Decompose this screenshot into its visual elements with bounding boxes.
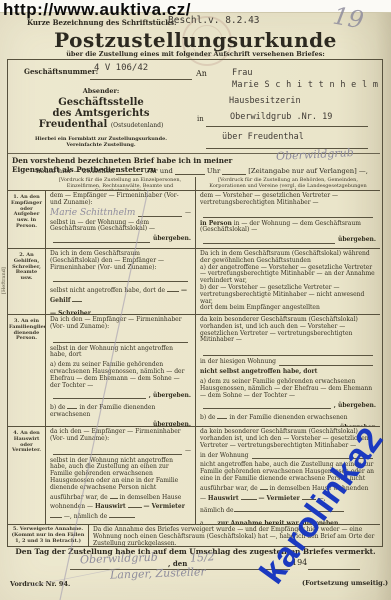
file-number-underline [90,78,192,80]
row2-label: 2. An Gehilfen, Schreiber, Beamte usw. [8,249,45,314]
row3-b4: a) dem zu seiner Familie gehörenden erwa… [200,379,376,399]
row1-uebergeben: übergeben. [50,236,191,243]
blank-line [241,493,257,500]
row2-b4: dort dem beim Empfänger angestellten [200,304,320,311]
blank-line [53,275,188,282]
sender-region: (Ostsudetenland) [111,122,163,129]
blank-line [67,402,77,409]
handwritten-place: Oberwildgrub [80,551,158,567]
column-headers: [Vordruck für die Zustellung an Einzelpe… [8,177,380,190]
row1-left-cell: dem — Empfänger — Firmeninhaber (Vor- un… [45,191,195,248]
intro-line2-c: Uhr [207,167,220,175]
row5-text: Da die Annahme des Briefes verweigert wu… [88,525,380,546]
row3-a1: Da ich den — Empfänger — Firmeninhaber (… [50,316,182,330]
blank-row [50,334,191,343]
blank-line [72,295,82,302]
row2-b2: a) der angetroffene — Vorsteher — gesetz… [200,265,376,285]
row3-a4-line: , übergeben. [50,392,191,399]
row4-b4: nämlich de [200,507,234,514]
intro-line2: heute hier — zwischen Uhr und Uhr [Zeita… [36,167,376,175]
blank-line [203,425,337,426]
row1-uebergeben-right: übergeben. [200,237,376,244]
recipient-salutation: Frau [232,68,252,78]
row3-a2: selbst in der Wohnung nicht angetroffen … [50,346,191,360]
row4-b3c: Hauswirt [208,495,239,502]
form-number: Vordruck Nr. 94. [10,580,70,588]
recipient-street: Oberwildgrub .Nr. 19 [230,112,332,122]
row1-b3: übergeben. [338,237,376,244]
row4-b5a: a [200,520,204,524]
recipient-name: Marie S c h i t t n h e l m [232,80,378,90]
row3-a6: übergeben. [153,422,191,426]
row1-label: 1. An den Empfänger oder Aufgeber usw. i… [8,191,45,248]
blank-line [53,336,188,343]
row1-a2: selbst in — der Wohnung — dem Geschäftsr… [50,220,191,234]
row3-a5b: in der Familie dienenden erwachsenen [50,404,155,418]
row4-a2d: — Vermieter [144,503,185,510]
row3-a4: , übergeben. [149,393,191,400]
table-row-1: 1. An den Empfänger oder Aufgeber usw. i… [8,190,380,248]
row2-a2: selbst nicht angetroffen habe, dort de [50,287,165,294]
year-underline [308,568,360,570]
blank-line [203,402,331,409]
blank-line [116,168,142,175]
street-underline [206,125,368,127]
continuation-note: (Fortsetzung umseitig.) [302,579,388,587]
intro-line2-a: heute hier — zwischen [36,167,114,175]
blank-line [110,492,118,499]
row1-a3: übergeben. [153,236,191,243]
blank-line [53,392,146,399]
row4-left-cell: da ich den — Empfänger — Firmeninhaber (… [45,427,195,524]
blank-line [279,359,373,366]
blank-line [109,511,135,518]
row4-a2e: —, nämlich de [64,513,107,520]
blank-line [53,422,150,426]
handwritten-date: 15/2 [190,550,216,565]
sender-office-line3: Freudenthal (Ostsudetenland) [8,119,194,130]
blank-line [260,483,268,490]
row3-b5-line: , übergeben. [200,402,376,409]
row1-right-cell: dem — Vorsteher — gesetzlichen Vertreter… [195,191,380,248]
row3-right-cell: da kein besonderer Geschäftsraum (Geschä… [195,315,380,426]
page-subtitle: über die Zustellung eines mit folgender … [0,50,391,58]
blank-line [175,168,205,175]
row3-label: 3. An ein Familienglied, dienende Person… [8,315,45,426]
row5-label-line2: (Kommt nur in den Fällen 1, 2 und 3 in B… [12,532,85,544]
blank-line [203,349,373,356]
intro-handwritten-place: Oberwildgrub [276,146,354,163]
blank-line [222,168,246,175]
file-number-label: Geschäftsnummer: [24,67,98,76]
row5-label: 5. Verweigerte Annahme. (Kommt nur in de… [8,525,88,546]
blank-line [128,501,142,508]
row3-uebergeben: übergeben. [50,422,191,426]
row3-b6b: in der Familie dienenden erwachsenen [229,414,347,421]
blank-row [200,347,376,356]
blank-line [138,210,182,217]
blank-line [167,285,179,292]
intro-line2-b: Uhr und [144,167,173,175]
blank-line [53,236,150,243]
doc-short-description-value: Beschl.v. 8.2.43 [168,15,260,26]
sender-label: Absender: [8,87,194,95]
sender-office-line2: des Amtsgerichts [8,108,194,119]
table-row-2: 2. An Gehilfen, Schreiber, Beamte usw. D… [8,248,380,314]
recipient-in-label: in [197,115,204,123]
row3-a3: a) dem zu seiner Familie gehörenden erwa… [50,362,191,389]
blank-row: — [50,446,191,455]
row3-uebergeben-right: übergeben [200,425,376,426]
row2-b1: Da ich in dem Geschäftsraum (Geschäftslo… [200,251,376,265]
row4-a1: da ich den — Empfänger — Firmeninhaber (… [50,428,181,442]
row4-label: 4. An den Hauswirt oder Vermieter. [8,427,45,524]
blank-line [93,308,189,314]
col-header-left: [Vordruck für die Zustellung an Einzelpe… [45,177,195,190]
row2-right-cell: Da ich in dem Geschäftsraum (Geschäftslo… [195,249,380,314]
blank-row [200,210,376,218]
blank-line [217,412,227,419]
table-row-3: 3. An ein Familienglied, dienende Person… [8,314,380,426]
row1-handwritten-line: Marie Schittnhelm — [50,210,191,217]
blank-line [50,511,62,518]
blank-line [206,518,216,524]
row1-a1: dem — Empfänger — Firmeninhaber (Vor- un… [50,192,179,206]
recipient-occupation: Hausbesitzerin [229,96,301,106]
blank-line [203,211,373,218]
blank-row [50,274,191,282]
row1-handwritten-name: Marie Schittnhelm [50,210,135,217]
blank-line [200,312,264,314]
col-header-right: [Vordruck für die Zustellung an Behörden… [195,177,380,190]
page-title: Postzustellungsurkunde [0,28,391,52]
intro-line2-d: [Zeitangabe nur auf Verlangen] —, [248,167,368,175]
recipient-an-label: An [196,69,207,78]
row4-b2: in der Wohnung [200,453,249,460]
row3-b6: b) de [200,414,215,421]
sender-office-line1: Geschäftsstelle [8,97,194,108]
row3-b1: da kein besonderer Geschäftsraum (Geschä… [200,316,358,343]
row1-b1: dem — Vorsteher — gesetzlichen Vertreter… [200,192,338,206]
row2-a1: Da ich in dem Geschäftsraum (Geschäftslo… [50,250,164,271]
file-number-value: 4 V 106/42 [94,63,148,73]
sender-city: Freudenthal [39,119,108,130]
row3-b3: nicht selbst angetroffen habe, dort [200,369,376,376]
spacer [8,177,45,190]
row2-b3: b) der — Vorsteher — gesetzliche Vertret… [200,285,376,305]
row4-b3d: — Vermieter [258,495,299,502]
scanned-postzustellungsurkunde: http://www.auktiva.cz/ 19 Kurze Bezeichn… [0,0,391,600]
blank-line [53,448,182,455]
doc-short-description-label: Kurze Bezeichnung des Schriftstücks: [27,18,177,27]
blank-line [203,237,335,244]
row2-left-cell: Da ich in dem Geschäftsraum (Geschäftslo… [45,249,195,314]
row3-left-cell: Da ich den — Empfänger — Firmeninhaber (… [45,315,195,426]
enclosure-note-line2: Vereinfachte Zustellung. [8,142,194,148]
row3-b5: , übergeben. [334,403,376,410]
row2-a2c: — Schreiber [50,310,91,314]
enclosure-note: Hierbei ein Formblatt zur Zustellungsurk… [8,136,194,148]
row3-b2: in der hiesigen Wohnung [200,359,276,366]
auction-url-watermark: http://www.auktiva.cz/ [3,0,191,20]
recipient-town: über Freudenthal [222,132,304,142]
row4-a2c: Hauswirt [95,503,126,510]
